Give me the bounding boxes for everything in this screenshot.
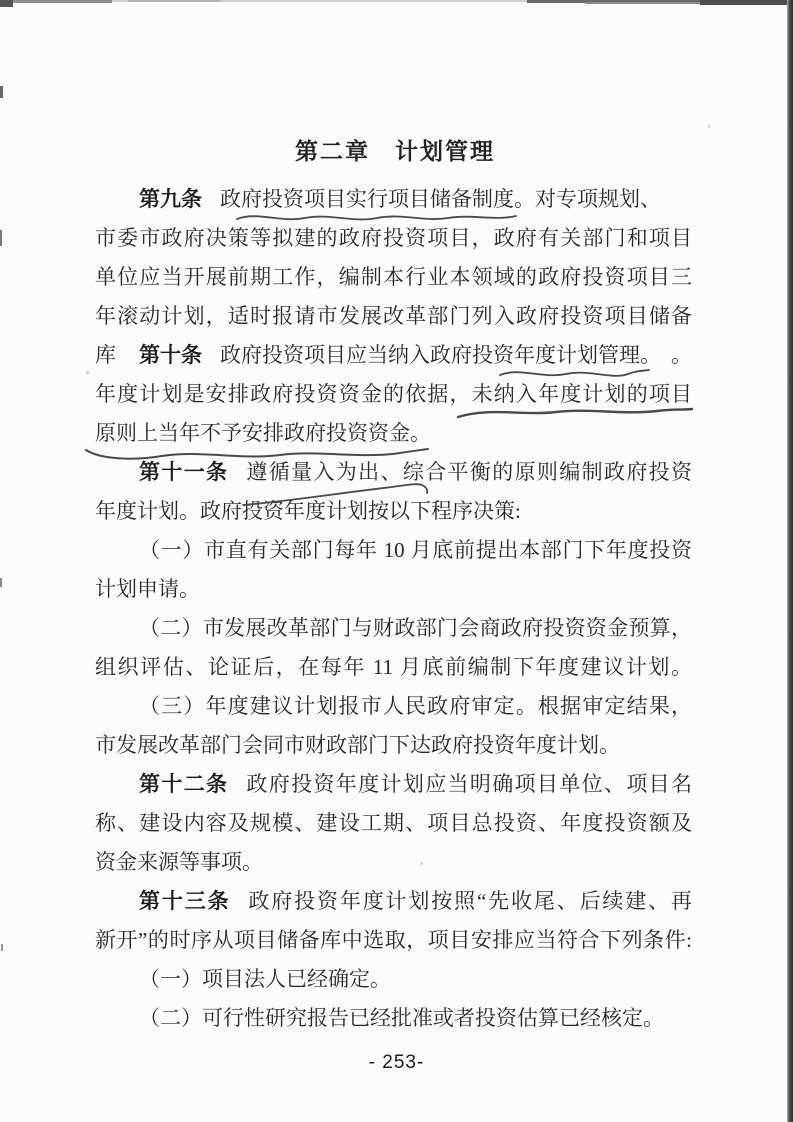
text-line: 第十一条遵循量入为出、综合平衡的原则编制政府投资 [95,453,692,492]
article-number: 第十二条 [139,772,228,796]
text-line: （一）市直有关部门每年 10 月底前提出本部门下年度投资 [95,531,692,570]
line-text: 年度计划。政府投资年度计划按以下程序决策: [95,499,521,523]
line-text: 遵循量入为出、综合平衡的原则编制政府投资 [246,460,692,484]
line-text: （一）市直有关部门每年 10 月底前提出本部门下年度投资 [139,538,692,562]
line-text: 组织评估、论证后，在每年 11 月底前编制下年度建议计划。 [95,655,692,679]
article-number: 第十一条 [139,460,228,484]
text-line: 年度计划是安排政府投资资金的依据，未纳入年度计划的项目 [95,375,692,414]
text-line: 第十三条政府投资年度计划按照“先收尾、后续建、再 [95,882,692,921]
body-text: 第九条政府投资项目实行项目储备制度。对专项规划、 市委市政府决策等拟建的政府投资… [95,180,692,1038]
line-text: （三）年度建议计划报市人民政府审定。根据审定结果， [139,694,692,718]
scanned-document-page: 第二章 计划管理 第九条政府投资项目实行项目储备制度。对专项规划、 市委市政府决… [0,0,793,1122]
scan-dust-dot [707,125,711,128]
line-text: （二）市发展改革部门与财政部门会商政府投资资金预算， [139,616,692,640]
text-line: 资金来源等事项。 [95,843,692,882]
line-text: 政府投资年度计划按照“先收尾、后续建、再 [248,889,692,913]
chapter-title: 第二章 计划管理 [95,133,695,166]
line-text: 计划申请。 [95,577,200,601]
text-line: 单位应当开展前期工作，编制本行业本领域的政府投资项目三 [95,258,692,297]
text-line: 计划申请。 [95,570,692,609]
text-line: 新开”的时序从项目储备库中选取，项目安排应当符合下列条件: [95,921,692,960]
text-line: 年度计划。政府投资年度计划按以下程序决策: [95,492,692,531]
scan-speck [1,944,3,951]
line-text: 年度计划是安排政府投资资金的依据，未纳入年度计划的项目 [95,382,692,406]
scan-artifact-right-edge-band [787,0,793,1122]
scan-speck [0,230,2,246]
text-line: 市发展改革部门会同市财政部门下达政府投资年度计划。 [95,726,692,765]
line-text: 称、建设内容及规模、建设工期、项目总投资、年度投资额及 [95,811,692,835]
line-text: 市委市政府决策等拟建的政府投资项目，政府有关部门和项目 [95,226,692,250]
article-number: 第九条 [139,187,202,211]
text-line: （二）市发展改革部门与财政部门会商政府投资资金预算， [95,609,692,648]
scan-dust-dot [86,371,89,374]
line-text: 政府投资年度计划应当明确项目单位、项目名 [246,772,692,796]
article-number: 第十条 [139,343,202,367]
article-number: 第十三条 [139,889,230,913]
line-text: 资金来源等事项。 [95,850,263,874]
text-line: 组织评估、论证后，在每年 11 月底前编制下年度建议计划。 [95,648,692,687]
text-line: 第九条政府投资项目实行项目储备制度。对专项规划、 [95,180,692,219]
line-text: 市发展改革部门会同市财政部门下达政府投资年度计划。 [95,733,620,757]
line-text: （二）可行性研究报告已经批准或者投资估算已经核定。 [139,1006,664,1030]
scan-speck [0,86,3,98]
line-text: （一）项目法人已经确定。 [139,967,391,991]
line-text: 原则上当年不予安排政府投资资金。 [95,421,431,445]
scan-speck [0,578,2,587]
page-number: - 253- [0,1052,793,1074]
line-text: 新开”的时序从项目储备库中选取，项目安排应当符合下列条件: [95,928,692,952]
text-line: （三）年度建议计划报市人民政府审定。根据审定结果， [95,687,692,726]
text-line: （二）可行性研究报告已经批准或者投资估算已经核定。 [95,999,692,1038]
scan-artifact-top-right-corner [700,0,793,5]
line-text: 政府投资项目应当纳入政府投资年度计划管理。 [220,343,661,367]
text-line: 第十二条政府投资年度计划应当明确项目单位、项目名 [95,765,692,804]
text-line: 原则上当年不予安排政府投资资金。 [95,414,692,453]
scan-artifact-top-mid [128,0,220,2]
text-line: 市委市政府决策等拟建的政府投资项目，政府有关部门和项目 [95,219,692,258]
line-text: 单位应当开展前期工作，编制本行业本领域的政府投资项目三 [95,265,692,289]
text-line: 第十条政府投资项目应当纳入政府投资年度计划管理。 [95,336,692,375]
scan-artifact-top-left [0,0,112,3]
text-line: （一）项目法人已经确定。 [95,960,692,999]
scan-artifact-corner-blob [0,0,13,7]
text-line: 称、建设内容及规模、建设工期、项目总投资、年度投资额及 [95,804,692,843]
text-line: 年滚动计划，适时报请市发展改革部门列入政府投资项目储备库。 [95,297,692,336]
line-text: 政府投资项目实行项目储备制度。对专项规划、 [220,187,661,211]
